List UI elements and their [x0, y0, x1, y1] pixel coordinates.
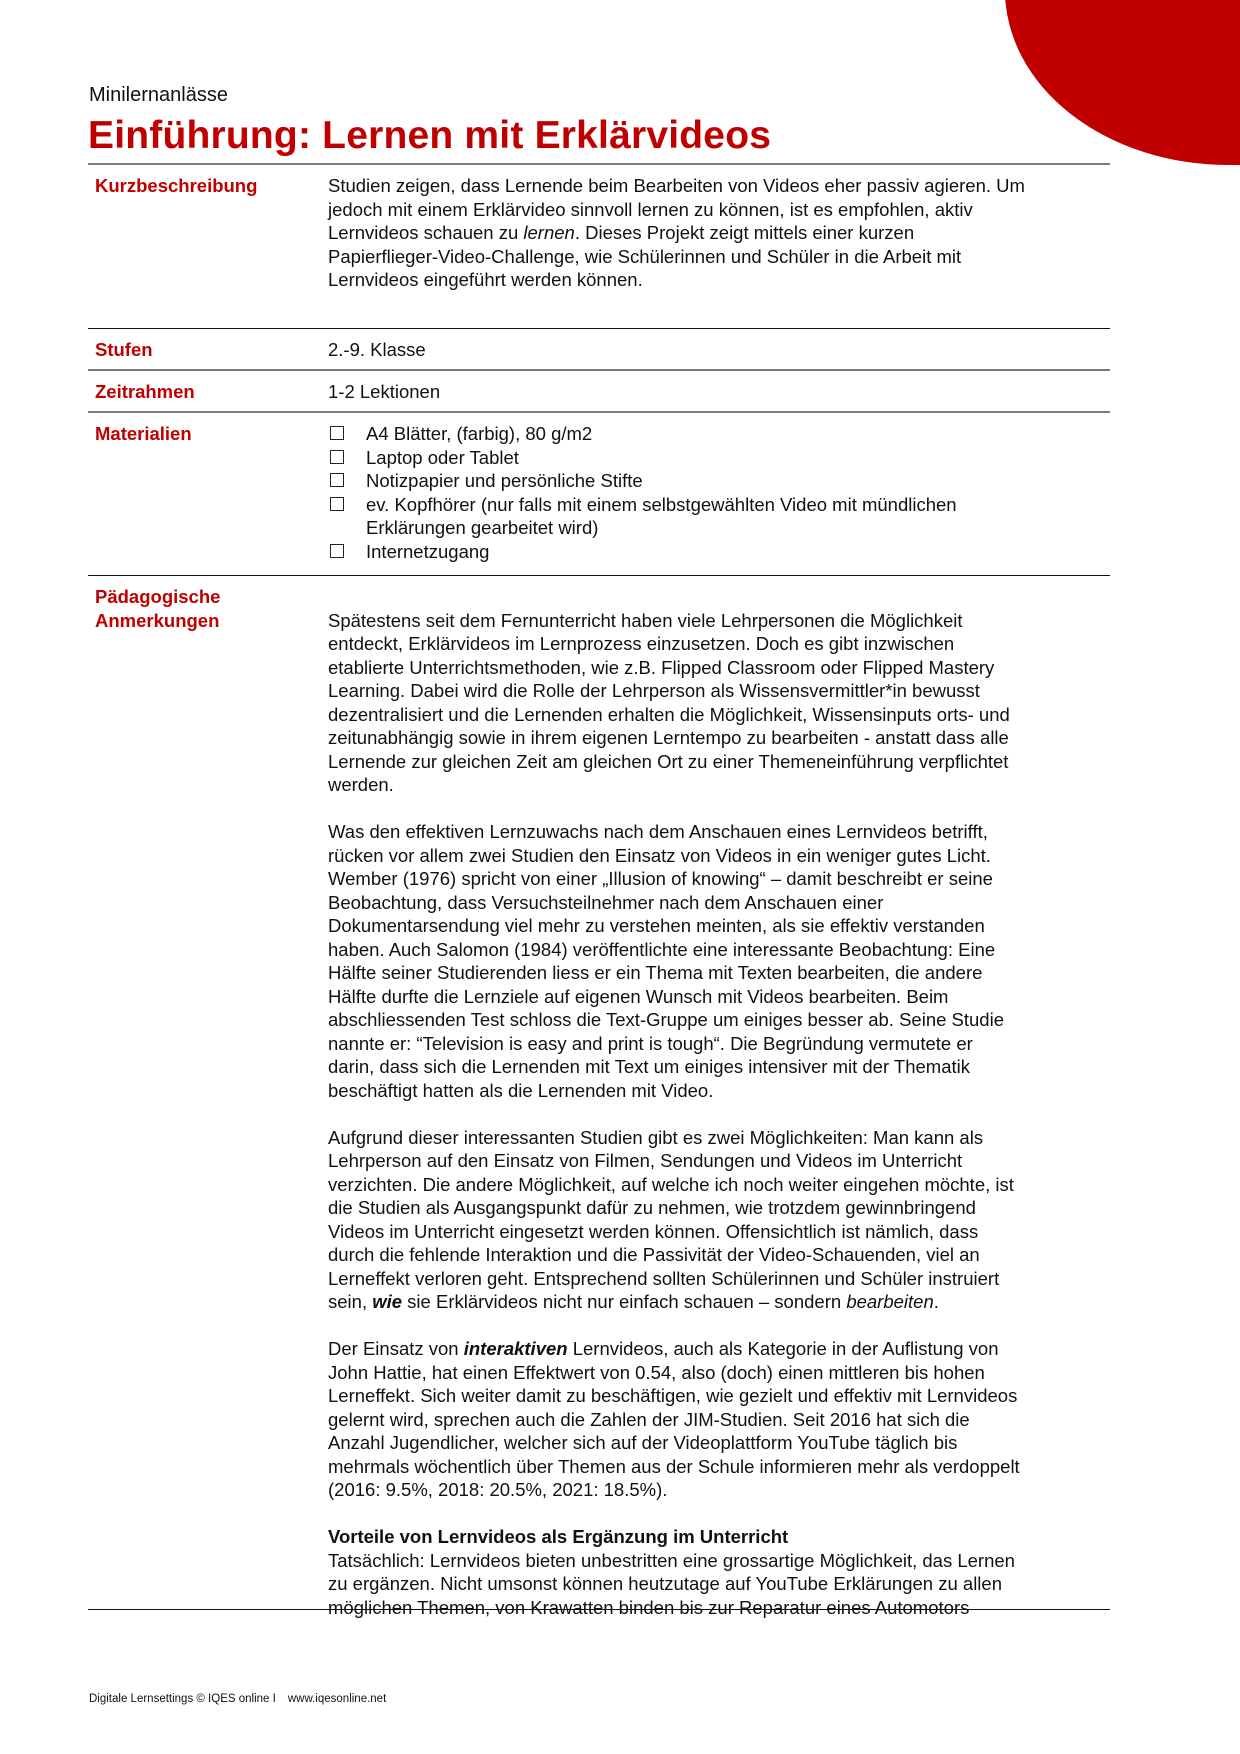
- checklist-item: ev. Kopfhörer (nur falls mit einem selbs…: [330, 493, 957, 540]
- checkbox-icon[interactable]: [330, 450, 344, 464]
- document-category: Minilernanlässe: [89, 84, 228, 107]
- row-divider: [88, 369, 1110, 371]
- label-line: Anmerkungen: [95, 610, 219, 631]
- checkbox-icon[interactable]: [330, 544, 344, 558]
- label-paedagogische-anmerkungen: Pädagogische Anmerkungen: [95, 585, 220, 632]
- paragraph-emphasis: interaktiven: [464, 1338, 568, 1359]
- paragraph: Vorteile von Lernvideos als Ergänzung im…: [328, 1525, 1128, 1619]
- paragraph-part: Tatsächlich: Lernvideos bieten unbestrit…: [328, 1550, 1015, 1618]
- paragraph: Spätestens seit dem Fernunterricht haben…: [328, 609, 1128, 797]
- label-line: Pädagogische: [95, 586, 220, 607]
- checklist-item-label: ev. Kopfhörer (nur falls mit einem selbs…: [366, 493, 957, 540]
- checklist-item-label: Internetzugang: [366, 540, 489, 564]
- paragraph-emphasis: bearbeiten: [846, 1291, 933, 1312]
- checklist-item: Internetzugang: [330, 540, 957, 564]
- row-divider: [88, 575, 1110, 576]
- row-divider: [88, 411, 1110, 413]
- checklist-item: Notizpapier und persönliche Stifte: [330, 469, 957, 493]
- checklist-item-label: A4 Blätter, (farbig), 80 g/m2: [366, 422, 592, 446]
- paragraph: Aufgrund dieser interessanten Studien gi…: [328, 1126, 1128, 1314]
- paragraph-part: Aufgrund dieser interessanten Studien gi…: [328, 1127, 1014, 1313]
- label-materialien: Materialien: [95, 422, 192, 446]
- footer-copyright: Digitale Lernsettings © IQES online I: [89, 1693, 276, 1705]
- checkbox-icon[interactable]: [330, 473, 344, 487]
- checkbox-icon[interactable]: [330, 426, 344, 440]
- paragraph-part: sie Erklärvideos nicht nur einfach schau…: [402, 1291, 846, 1312]
- kurzbeschreibung-text: Studien zeigen, dass Lernende beim Bearb…: [328, 174, 1128, 292]
- row-divider: [88, 328, 1110, 329]
- page-title: Einführung: Lernen mit Erklärvideos: [88, 114, 771, 158]
- checklist-item: A4 Blätter, (farbig), 80 g/m2: [330, 422, 957, 446]
- paragraph-emphasis: wie: [372, 1291, 402, 1312]
- stufen-value: 2.-9. Klasse: [328, 338, 1128, 362]
- checklist-item-label: Notizpapier und persönliche Stifte: [366, 469, 643, 493]
- checklist-item-label: Laptop oder Tablet: [366, 446, 519, 470]
- checklist-item: Laptop oder Tablet: [330, 446, 957, 470]
- label-stufen: Stufen: [95, 338, 153, 362]
- paragraph-part: Der Einsatz von: [328, 1338, 464, 1359]
- paragraph-part: .: [934, 1291, 939, 1312]
- section-subheading: Vorteile von Lernvideos als Ergänzung im…: [328, 1525, 1128, 1549]
- kurzbeschreibung-emphasis: lernen: [523, 222, 574, 243]
- paragraph: Was den effektiven Lernzuwachs nach dem …: [328, 820, 1128, 1102]
- paragraph-part: Lernvideos, auch als Kategorie in der Au…: [328, 1338, 1020, 1500]
- label-zeitrahmen: Zeitrahmen: [95, 380, 195, 404]
- checkbox-icon[interactable]: [330, 497, 344, 511]
- anmerkungen-text: Spätestens seit dem Fernunterricht haben…: [328, 585, 1128, 1643]
- page-footer: Digitale Lernsettings © IQES online Iwww…: [89, 1693, 386, 1705]
- footer-link[interactable]: www.iqesonline.net: [288, 1693, 386, 1705]
- decorative-red-corner-shape: [1005, 0, 1240, 165]
- zeitrahmen-value: 1-2 Lektionen: [328, 380, 1128, 404]
- paragraph: Der Einsatz von interaktiven Lernvideos,…: [328, 1337, 1128, 1502]
- materialien-checklist: A4 Blätter, (farbig), 80 g/m2 Laptop ode…: [330, 422, 957, 563]
- title-divider: [88, 163, 1110, 165]
- bottom-divider: [88, 1609, 1110, 1610]
- label-kurzbeschreibung: Kurzbeschreibung: [95, 174, 257, 198]
